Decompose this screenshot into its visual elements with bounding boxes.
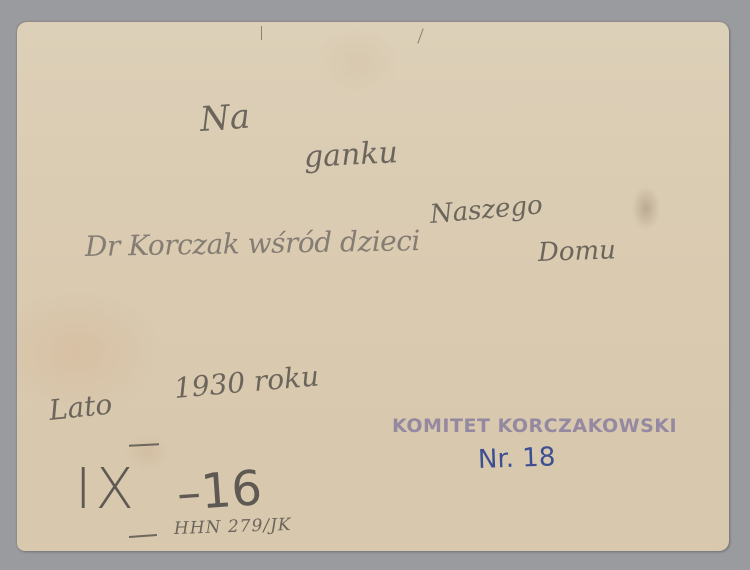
photo-card-verso: Na ganku Naszego Dr Korczak wśród dzieci… [17, 22, 729, 551]
handwritten-lato: Lato [47, 387, 114, 426]
archive-code: HHN 279/JK [174, 515, 292, 539]
roman-overline [129, 443, 159, 447]
handwritten-domu: Domu [537, 235, 616, 268]
catalog-roman-numeral: IX [75, 457, 138, 522]
stamp-number: Nr. 18 [477, 442, 555, 475]
committee-stamp: KOMITET KORCZAKOWSKI [392, 415, 677, 437]
handwritten-year: 1930 roku [173, 359, 321, 405]
paper-tear-mark [261, 26, 262, 40]
handwritten-ganku: ganku [303, 135, 399, 175]
roman-underline [129, 534, 157, 538]
handwritten-naszego: Naszego [429, 190, 544, 230]
paper-tear-mark [417, 28, 423, 43]
catalog-number: –16 [175, 460, 264, 522]
handwritten-caption: Dr Korczak wśród dzieci [85, 224, 420, 263]
handwritten-na: Na [199, 97, 252, 140]
